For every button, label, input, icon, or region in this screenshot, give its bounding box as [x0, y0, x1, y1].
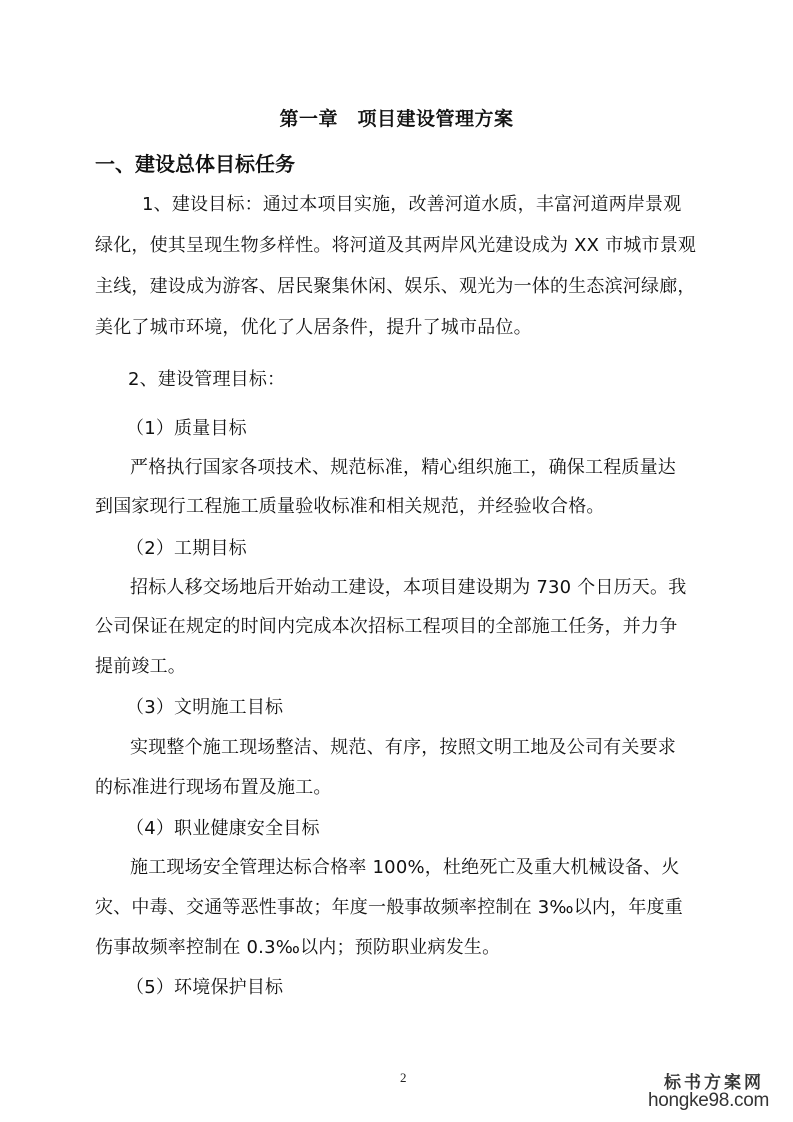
watermark-url: hongke98.com — [648, 1090, 769, 1112]
paragraph-line: 伤事故频率控制在 0.3‰以内；预防职业病发生。 — [95, 933, 500, 959]
subheading: （3）文明施工目标 — [126, 693, 283, 719]
paragraph-line: 绿化，使其呈现生物多样性。将河道及其两岸风光建设成为 XX 市城市景观 — [95, 231, 696, 257]
subheading: （4）职业健康安全目标 — [126, 814, 320, 840]
subheading: （5）环境保护目标 — [126, 973, 283, 999]
paragraph-line: 美化了城市环境，优化了人居条件，提升了城市品位。 — [95, 313, 532, 339]
document-page: 第一章 项目建设管理方案 一、建设总体目标任务 1、建设目标：通过本项目实施，改… — [0, 0, 793, 1122]
subheading: （2）工期目标 — [126, 534, 247, 560]
paragraph-line: 灾、中毒、交通等恶性事故；年度一般事故频率控制在 3‰以内，年度重 — [95, 893, 683, 919]
paragraph-line: 主线，建设成为游客、居民聚集休闲、娱乐、观光为一体的生态滨河绿廊， — [95, 272, 696, 298]
page-number: 2 — [400, 1070, 407, 1086]
paragraph-line: 的标准进行现场布置及施工。 — [95, 773, 332, 799]
paragraph-line: 到国家现行工程施工质量验收标准和相关规范，并经验收合格。 — [95, 492, 605, 518]
subheading: 2、建设管理目标： — [128, 365, 285, 391]
subheading: （1）质量目标 — [126, 414, 247, 440]
paragraph-line: 严格执行国家各项技术、规范标准，精心组织施工，确保工程质量达 — [130, 453, 676, 479]
paragraph-line: 实现整个施工现场整洁、规范、有序，按照文明工地及公司有关要求 — [130, 733, 676, 759]
section-heading: 一、建设总体目标任务 — [95, 148, 295, 177]
paragraph-line: 招标人移交场地后开始动工建设，本项目建设期为 730 个日历天。我 — [130, 573, 686, 599]
paragraph-line: 施工现场安全管理达标合格率 100%，杜绝死亡及重大机械设备、火 — [130, 853, 680, 879]
paragraph-line: 1、建设目标：通过本项目实施，改善河道水质，丰富河道两岸景观 — [142, 190, 681, 216]
paragraph-line: 提前竣工。 — [95, 652, 186, 678]
chapter-title: 第一章 项目建设管理方案 — [0, 104, 793, 131]
paragraph-line: 公司保证在规定的时间内完成本次招标工程项目的全部施工任务，并力争 — [95, 612, 677, 638]
